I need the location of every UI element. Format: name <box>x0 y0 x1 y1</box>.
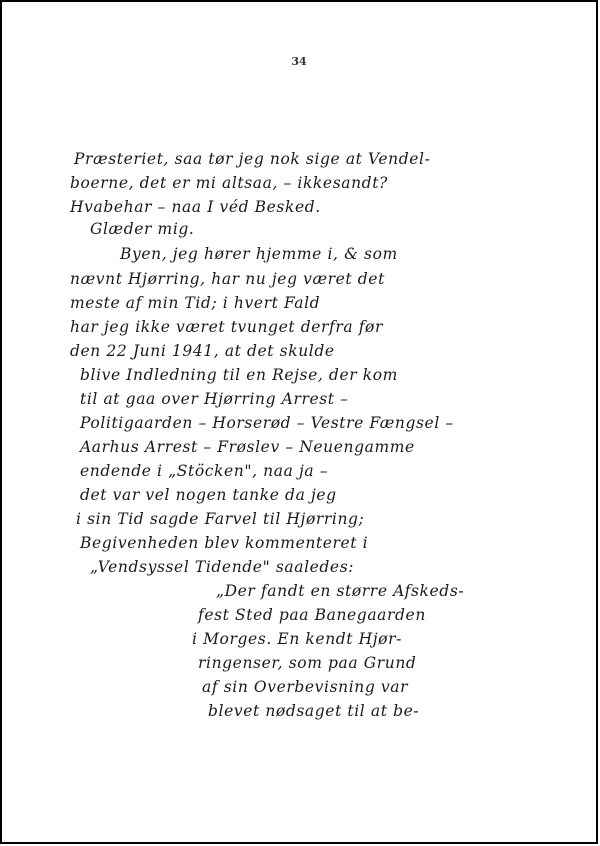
handwritten-line: blive Indledning til en Rejse, der kom <box>80 366 398 384</box>
handwritten-line: „Der fandt en større Afskeds- <box>216 582 464 600</box>
handwritten-line: boerne, det er mi altsaa, – ikkesandt? <box>70 174 388 192</box>
handwritten-line: af sin Overbevisning var <box>202 678 408 696</box>
handwritten-line: Glæder mig. <box>90 220 194 238</box>
page-number: 34 <box>2 55 596 68</box>
handwritten-line: blevet nødsaget til at be- <box>208 702 419 720</box>
document-page: 34 Præsteriet, saa tør jeg nok sige at V… <box>0 0 598 844</box>
handwritten-line: Præsteriet, saa tør jeg nok sige at Vend… <box>74 150 430 168</box>
handwritten-line: Aarhus Arrest – Frøslev – Neuengamme <box>80 438 415 456</box>
handwritten-line: endende i „Stöcken", naa ja – <box>80 462 328 480</box>
handwritten-line: Hvabehar – naa I véd Besked. <box>70 198 321 216</box>
handwritten-line: Politigaarden – Horserød – Vestre Fængse… <box>80 414 454 432</box>
handwritten-line: i sin Tid sagde Farvel til Hjørring; <box>76 510 364 528</box>
handwritten-line: nævnt Hjørring, har nu jeg været det <box>70 270 385 288</box>
handwritten-line: i Morges. En kendt Hjør- <box>192 630 402 648</box>
handwritten-line: fest Sted paa Banegaarden <box>198 606 426 624</box>
handwritten-line: til at gaa over Hjørring Arrest – <box>80 390 349 408</box>
handwritten-line: Begivenheden blev kommenteret i <box>80 534 368 552</box>
handwritten-line: det var vel nogen tanke da jeg <box>80 486 337 504</box>
handwritten-line: den 22 Juni 1941, at det skulde <box>70 342 335 360</box>
handwritten-line: „Vendsyssel Tidende" saaledes: <box>90 558 354 576</box>
handwritten-line: Byen, jeg hører hjemme i, & som <box>120 245 398 263</box>
handwritten-line: har jeg ikke været tvunget derfra før <box>70 318 383 336</box>
handwritten-line: meste af min Tid; i hvert Fald <box>70 294 320 312</box>
handwritten-line: ringenser, som paa Grund <box>198 654 416 672</box>
